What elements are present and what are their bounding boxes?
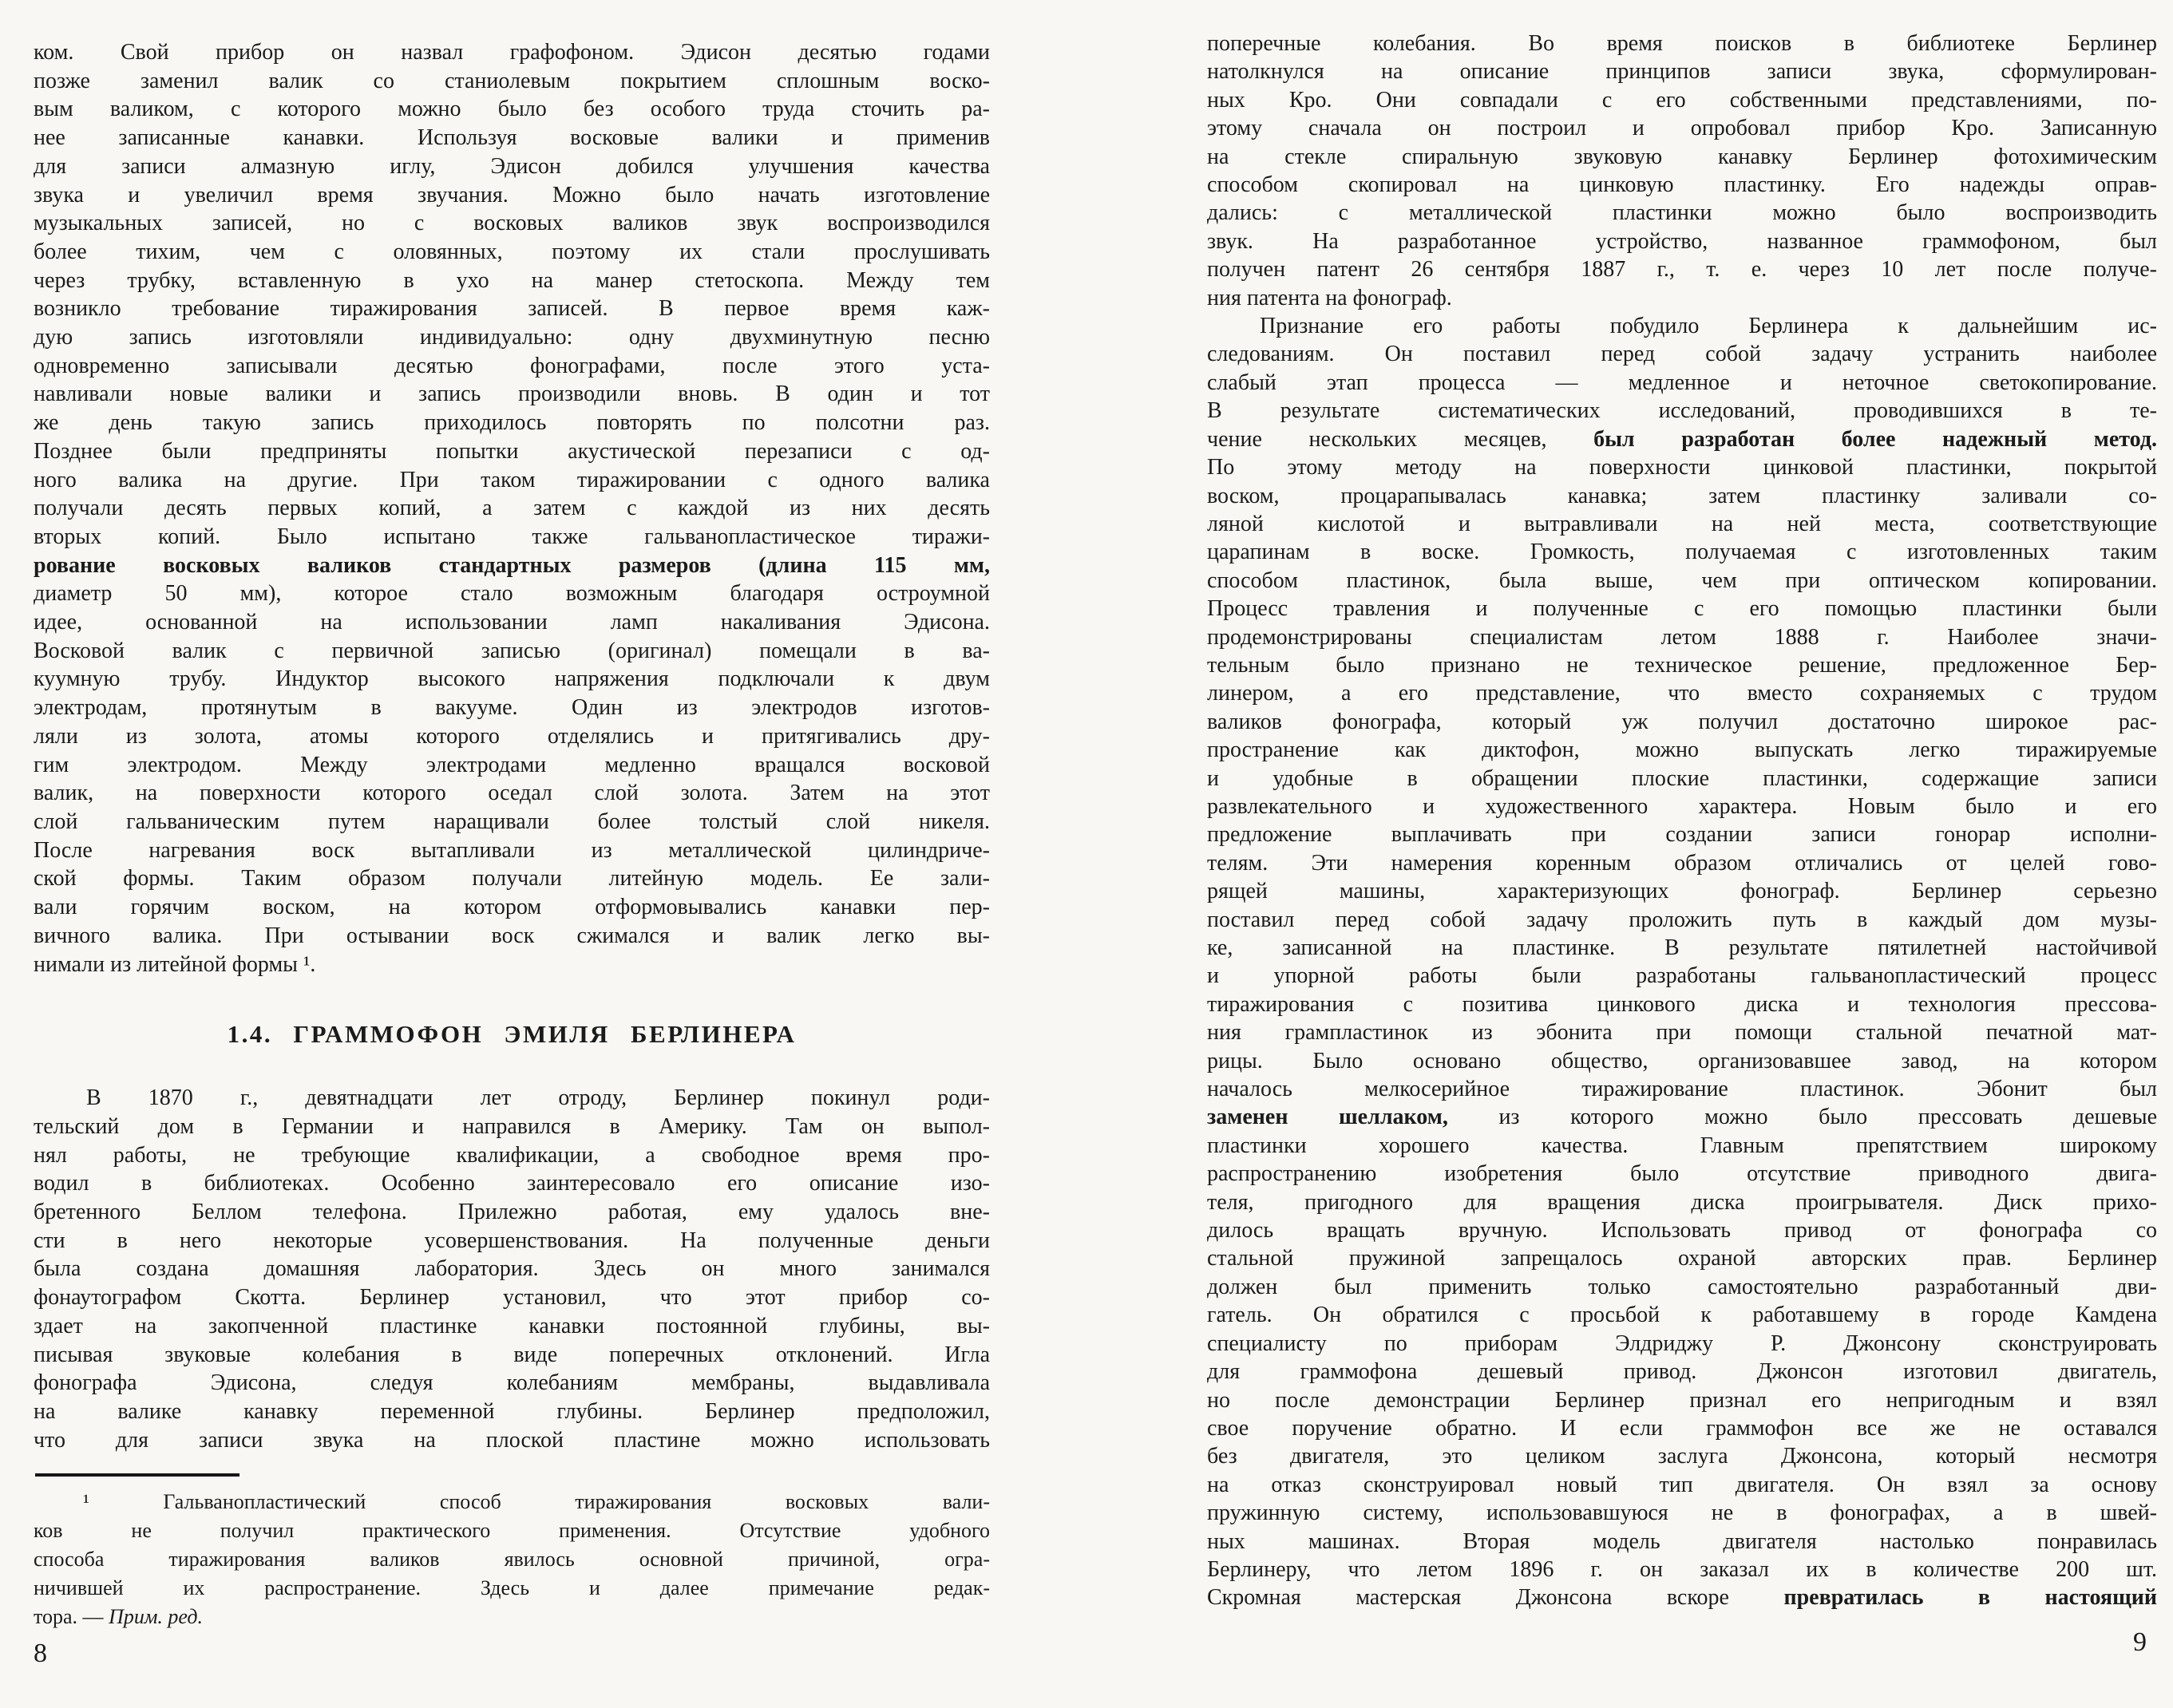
- text-line: пластинки хорошего качества. Главным пре…: [1207, 1132, 2157, 1160]
- left-paragraph-2: В 1870 г., девятнадцати лет отроду, Берл…: [34, 1084, 990, 1454]
- footnote-line: способа тиражирования валиков явилось ос…: [34, 1545, 990, 1574]
- text-line: ляной кислотой и вытравливали на ней мес…: [1207, 510, 2157, 538]
- text-line: здает на закопченной пластинке канавки п…: [34, 1312, 990, 1341]
- text-line: без двигателя, это целиком заслуга Джонс…: [1207, 1442, 2157, 1470]
- text-line: Позднее были предприняты попытки акустич…: [34, 437, 990, 466]
- text-line: ке, записанной на пластинке. В результат…: [1207, 934, 2157, 962]
- text-line: ком. Свой прибор он назвал графофоном. Э…: [34, 38, 990, 67]
- text-line: тиражирования с позитива цинкового диска…: [1207, 990, 2157, 1018]
- text-line: Процесс травления и полученные с его пом…: [1207, 595, 2157, 623]
- text-line: гим электродом. Между электродами медлен…: [34, 751, 990, 780]
- text-line: поперечные колебания. Во время поисков в…: [1207, 30, 2157, 57]
- footnote-rule: [35, 1473, 239, 1477]
- text-line: должен был применить только самостоятель…: [1207, 1273, 2157, 1301]
- text-line: фонографа Эдисона, следуя колебаниям мем…: [34, 1369, 990, 1398]
- text-line: для граммофона дешевый привод. Джонсон и…: [1207, 1358, 2157, 1386]
- text-line: ных машинах. Вторая модель двигателя нас…: [1207, 1528, 2157, 1556]
- text-line: ской формы. Таким образом получали литей…: [34, 864, 990, 893]
- text-line: ния грампластинок из эбонита при помощи …: [1207, 1018, 2157, 1046]
- text-line: на валике канавку переменной глубины. Бе…: [34, 1398, 990, 1426]
- text-line: что для записи звука на плоской пластине…: [34, 1426, 990, 1455]
- text-line: После нагревания воск вытапливали из мет…: [34, 836, 990, 865]
- text-line: водил в библиотеках. Особенно заинтересо…: [34, 1169, 990, 1198]
- left-page: ком. Свой прибор он назвал графофоном. Э…: [34, 38, 990, 1631]
- text-line: позже заменил валик со станиолевым покры…: [34, 67, 990, 96]
- book-spread: ком. Свой прибор он назвал графофоном. Э…: [0, 0, 2173, 1708]
- text-line: на стекле спиральную звуковую канавку Бе…: [1207, 143, 2157, 171]
- text-line: рование восковых валиков стандартных раз…: [34, 552, 990, 580]
- left-paragraph-1: ком. Свой прибор он назвал графофоном. Э…: [34, 38, 990, 979]
- text-line: способом пластинок, была выше, чем при о…: [1207, 567, 2157, 595]
- text-line: звук. На разработанное устройство, назва…: [1207, 227, 2157, 255]
- text-line: валиков фонографа, который уж получил до…: [1207, 708, 2157, 736]
- text-line: и упорной работы были разработаны гальва…: [1207, 962, 2157, 990]
- text-line: куумную трубу. Индуктор высокого напряже…: [34, 665, 990, 694]
- text-line: через трубку, вставленную в ухо на манер…: [34, 267, 990, 295]
- text-line: воском, процарапывалась канавка; затем п…: [1207, 482, 2157, 510]
- text-line: По этому методу на поверхности цинковой …: [1207, 453, 2157, 481]
- text-line: возникло требование тиражирования записе…: [34, 295, 990, 323]
- text-line: получен патент 26 сентября 1887 г., т. е…: [1207, 255, 2157, 283]
- footnote-line: тора. — Прим. ред.: [34, 1603, 990, 1631]
- text-line: развлекательного и художественного харак…: [1207, 793, 2157, 820]
- text-line: и удобные в обращении плоские пластинки,…: [1207, 765, 2157, 793]
- text-line: специалисту по приборам Элдриджу Р. Джон…: [1207, 1330, 2157, 1358]
- text-line: тельский дом в Германии и направился в А…: [34, 1113, 990, 1141]
- text-line: бретенного Беллом телефона. Прилежно раб…: [34, 1198, 990, 1227]
- right-paragraphs: поперечные колебания. Во время поисков в…: [1207, 30, 2157, 1612]
- text-line: распространению изобретения было отсутст…: [1207, 1160, 2157, 1188]
- text-line: линером, а его представление, что вместо…: [1207, 679, 2157, 707]
- text-line: музыкальных записей, но с восковых валик…: [34, 209, 990, 238]
- section-heading: 1.4. ГРАММОФОН ЭМИЛЯ БЕРЛИНЕРА: [34, 1018, 990, 1050]
- text-line: Признание его работы побудило Берлинера …: [1207, 312, 2157, 340]
- text-line: фонаутографом Скотта. Берлинер установил…: [34, 1283, 990, 1312]
- text-line: Берлинеру, что летом 1896 г. он заказал …: [1207, 1556, 2157, 1583]
- text-line: валик, на поверхности которого оседал сл…: [34, 779, 990, 808]
- footnote-line: ничившей их распространение. Здесь и дал…: [34, 1574, 990, 1603]
- text-line: следованиям. Он поставил перед собой зад…: [1207, 340, 2157, 368]
- text-line: заменен шеллаком, из которого можно было…: [1207, 1103, 2157, 1131]
- right-page: поперечные колебания. Во время поисков в…: [1207, 30, 2157, 1612]
- text-line: нял работы, не требующие квалификации, а…: [34, 1141, 990, 1170]
- footnote-line: ков не получил практического применения.…: [34, 1516, 990, 1545]
- text-line: нее записанные канавки. Используя восков…: [34, 124, 990, 152]
- text-line: дилось вращать вручную. Использовать при…: [1207, 1216, 2157, 1244]
- text-line: вичного валика. При остывании воск сжима…: [34, 922, 990, 951]
- text-line: ных Кро. Они совпадали с его собственным…: [1207, 86, 2157, 114]
- text-line: дую запись изготовляли индивидуально: од…: [34, 323, 990, 352]
- text-line: натолкнулся на описание принципов записи…: [1207, 57, 2157, 85]
- text-line: В результате систематических исследовани…: [1207, 397, 2157, 425]
- text-line: В 1870 г., девятнадцати лет отроду, Берл…: [34, 1084, 990, 1113]
- text-line: писывая звуковые колебания в виде попере…: [34, 1341, 990, 1370]
- text-line: тельным было признано не техническое реш…: [1207, 651, 2157, 679]
- text-line: на отказ сконструировал новый тип двигат…: [1207, 1471, 2157, 1499]
- text-line: но после демонстрации Берлинер признал е…: [1207, 1386, 2157, 1414]
- text-line: рицы. Было основано общество, организова…: [1207, 1047, 2157, 1075]
- text-line: нимали из литейной формы ¹.: [34, 951, 990, 979]
- text-line: началось мелкосерийное тиражирование пла…: [1207, 1075, 2157, 1103]
- text-line: звука и увеличил время звучания. Можно б…: [34, 181, 990, 210]
- text-line: ния патента на фонограф.: [1207, 284, 2157, 312]
- text-line: навливали новые валики и запись производ…: [34, 380, 990, 409]
- text-line: свое поручение обратно. И если граммофон…: [1207, 1414, 2157, 1442]
- text-line: более тихим, чем с оловянных, поэтому их…: [34, 238, 990, 267]
- text-line: же день такую запись приходилось повторя…: [34, 409, 990, 437]
- text-line: пространение как диктофон, можно выпуска…: [1207, 736, 2157, 764]
- text-line: одновременно записывали десятью фонограф…: [34, 352, 990, 381]
- page-number-left: 8: [34, 1638, 47, 1670]
- text-line: получали десять первых копий, а затем с …: [34, 494, 990, 523]
- text-line: поставил перед собой задачу проложить пу…: [1207, 906, 2157, 934]
- text-line: электродам, протянутым в вакууме. Один и…: [34, 694, 990, 722]
- text-line: вали горячим воском, на котором отформов…: [34, 893, 990, 922]
- text-line: рящей машины, характеризующих фонограф. …: [1207, 877, 2157, 905]
- text-line: ляли из золота, атомы которого отделялис…: [34, 722, 990, 751]
- text-line: способом скопировал на цинковую пластинк…: [1207, 171, 2157, 199]
- text-line: сти в него некоторые усовершенствования.…: [34, 1227, 990, 1255]
- text-line: диаметр 50 мм), которое стало возможным …: [34, 579, 990, 608]
- text-line: Восковой валик с первичной записью (ориг…: [34, 637, 990, 666]
- footnote: ¹ Гальванопластический способ тиражирова…: [34, 1488, 990, 1631]
- text-line: стальной пружиной запрещалось охраной ав…: [1207, 1244, 2157, 1272]
- text-line: гатель. Он обратился с просьбой к работа…: [1207, 1301, 2157, 1329]
- text-line: этому сначала он построил и опробовал пр…: [1207, 114, 2157, 142]
- text-line: телям. Эти намерения коренным образом от…: [1207, 849, 2157, 877]
- text-line: пружинную систему, использовавшуюся не в…: [1207, 1499, 2157, 1527]
- text-line: была создана домашняя лаборатория. Здесь…: [34, 1255, 990, 1283]
- page-number-right: 9: [2133, 1627, 2147, 1659]
- text-line: слой гальваническим путем наращивали бол…: [34, 808, 990, 836]
- text-line: ного валика на другие. При таком тиражир…: [34, 466, 990, 495]
- text-line: чение нескольких месяцев, был разработан…: [1207, 425, 2157, 453]
- text-line: для записи алмазную иглу, Эдисон добился…: [34, 152, 990, 181]
- text-line: дались: с металлической пластинки можно …: [1207, 199, 2157, 227]
- text-line: вым валиком, с которого можно было без о…: [34, 95, 990, 124]
- text-line: теля, пригодного для вращения диска прои…: [1207, 1188, 2157, 1216]
- text-line: слабый этап процесса — медленное и неточ…: [1207, 369, 2157, 397]
- text-line: продемонстрированы специалистам летом 18…: [1207, 623, 2157, 651]
- text-line: идее, основанной на использовании ламп н…: [34, 608, 990, 637]
- text-line: предложение выплачивать при создании зап…: [1207, 820, 2157, 848]
- text-line: Скромная мастерская Джонсона вскоре прев…: [1207, 1583, 2157, 1611]
- text-line: вторых копий. Было испытано также гальва…: [34, 523, 990, 552]
- text-line: царапинам в воске. Громкость, получаемая…: [1207, 538, 2157, 566]
- footnote-line: ¹ Гальванопластический способ тиражирова…: [34, 1488, 990, 1516]
